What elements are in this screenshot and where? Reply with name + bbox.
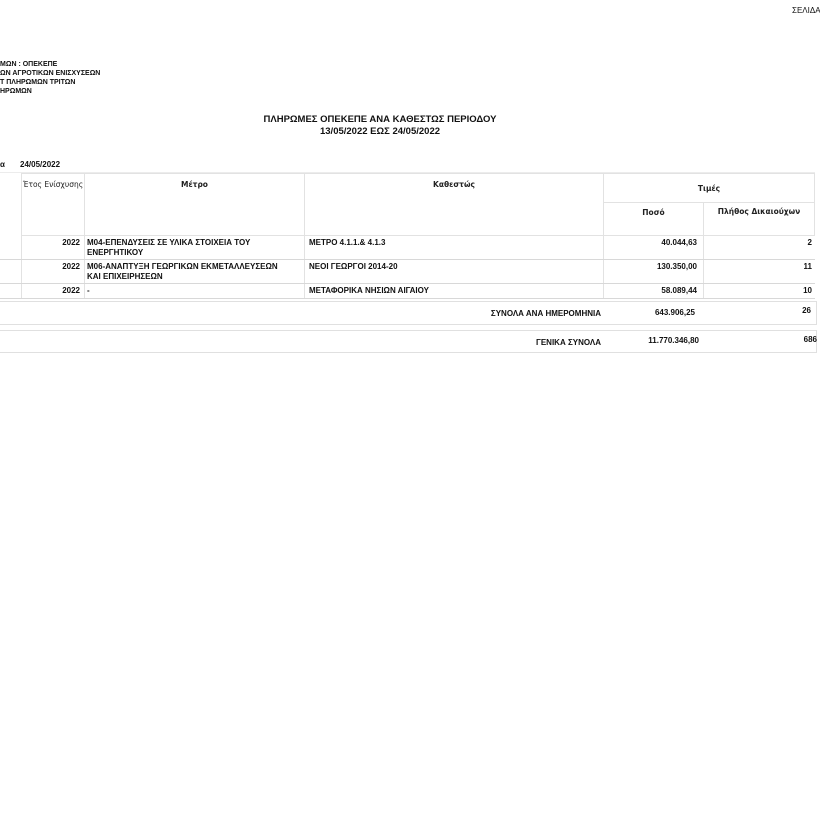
header-scheme: Καθεστώς (304, 173, 604, 236)
report-title-block: ΠΛΗΡΩΜΕΣ ΟΠΕΚΕΠΕ ΑΝΑ ΚΑΘΕΣΤΩΣ ΠΕΡΙΟΔΟΥ 1… (0, 114, 760, 138)
row-divider (0, 259, 815, 260)
row-divider (0, 283, 815, 284)
row-scheme: ΜΕΤΑΦΟΡΙΚΑ ΝΗΣΙΩΝ ΑΙΓΑΙΟΥ (309, 286, 429, 296)
date-group-value: 24/05/2022 (20, 160, 60, 169)
org-line: ΗΡΩΜΩΝ (0, 87, 100, 96)
grand-totals-label: ΓΕΝΙΚΑ ΣΥΝΟΛΑ (401, 338, 601, 348)
header-year: Έτος Ενίσχυσης (21, 173, 85, 236)
header-amount-label: Ποσό (642, 208, 664, 217)
row-year: 2022 (30, 238, 80, 248)
report-title: ΠΛΗΡΩΜΕΣ ΟΠΕΚΕΠΕ ΑΝΑ ΚΑΘΕΣΤΩΣ ΠΕΡΙΟΔΟΥ (0, 114, 760, 126)
org-line: ΜΩΝ : ΟΠΕΚΕΠΕ (0, 60, 100, 69)
row-beneficiaries: 10 (704, 286, 812, 296)
row-beneficiaries: 11 (704, 262, 812, 272)
header-values: Τιμές (603, 173, 815, 203)
date-totals-label: ΣΥΝΟΛΑ ΑΝΑ ΗΜΕΡΟΜΗΝΙΑ (401, 309, 601, 319)
header-values-label: Τιμές (698, 184, 720, 193)
header-beneficiaries-label: Πλήθος Δικαιούχων (718, 207, 801, 216)
row-amount: 58.089,44 (604, 286, 697, 296)
row-scheme: ΝΕΟΙ ΓΕΩΡΓΟΙ 2014-20 (309, 262, 398, 272)
grand-totals-row: ΓΕΝΙΚΑ ΣΥΝΟΛΑ 11.770.346,80 686 (0, 330, 817, 353)
row-year: 2022 (30, 262, 80, 272)
row-measure-line1: Μ06-ΑΝΑΠΤΥΞΗ ΓΕΩΡΓΙΚΩΝ ΕΚΜΕΤΑΛΛΕΥΣΕΩΝ (87, 262, 278, 272)
row-measure-line1: - (87, 286, 90, 296)
date-totals-amount: 643.906,25 (599, 308, 695, 318)
report-period: 13/05/2022 ΕΩΣ 24/05/2022 (0, 126, 760, 138)
header-measure: Μέτρο (84, 173, 305, 236)
row-scheme: ΜΕΤΡΟ 4.1.1.& 4.1.3 (309, 238, 385, 248)
header-beneficiaries: Πλήθος Δικαιούχων (703, 202, 815, 236)
header-amount: Ποσό (603, 202, 704, 236)
row-year: 2022 (30, 286, 80, 296)
row-beneficiaries: 2 (704, 238, 812, 248)
row-measure-line1: Μ04-ΕΠΕΝΔΥΣΕΙΣ ΣΕ ΥΛΙΚΑ ΣΤΟΙΧΕΙΑ ΤΟΥ (87, 238, 250, 248)
row-amount: 40.044,63 (604, 238, 697, 248)
date-group-label: α (0, 160, 5, 169)
grand-totals-amount: 11.770.346,80 (599, 336, 699, 346)
col-divider (84, 236, 85, 298)
row-measure-line2: ΚΑΙ ΕΠΙΧΕΙΡΗΣΕΩΝ (87, 272, 163, 282)
col-divider (21, 236, 22, 298)
date-totals-row: ΣΥΝΟΛΑ ΑΝΑ ΗΜΕΡΟΜΗΝΙΑ 643.906,25 26 (0, 301, 817, 325)
col-divider (304, 236, 305, 298)
header-year-label: Έτος Ενίσχυσης (23, 180, 83, 189)
header-top-border (0, 172, 815, 173)
header-measure-label: Μέτρο (181, 180, 208, 189)
organization-header: ΜΩΝ : ΟΠΕΚΕΠΕ ΩΝ ΑΓΡΟΤΙΚΩΝ ΕΝΙΣΧΥΣΕΩΝ Τ … (0, 60, 100, 96)
row-divider (0, 298, 815, 299)
date-totals-beneficiaries: 26 (705, 306, 811, 316)
grand-totals-beneficiaries: 686 (705, 335, 817, 345)
org-line: Τ ΠΛΗΡΩΜΩΝ ΤΡΙΤΩΝ (0, 78, 100, 87)
org-line: ΩΝ ΑΓΡΟΤΙΚΩΝ ΕΝΙΣΧΥΣΕΩΝ (0, 69, 100, 78)
page-label: ΣΕΛΙΔΑ (792, 6, 820, 15)
header-scheme-label: Καθεστώς (433, 180, 475, 189)
row-amount: 130.350,00 (604, 262, 697, 272)
row-measure-line2: ΕΝΕΡΓΗΤΙΚΟΥ (87, 248, 143, 258)
